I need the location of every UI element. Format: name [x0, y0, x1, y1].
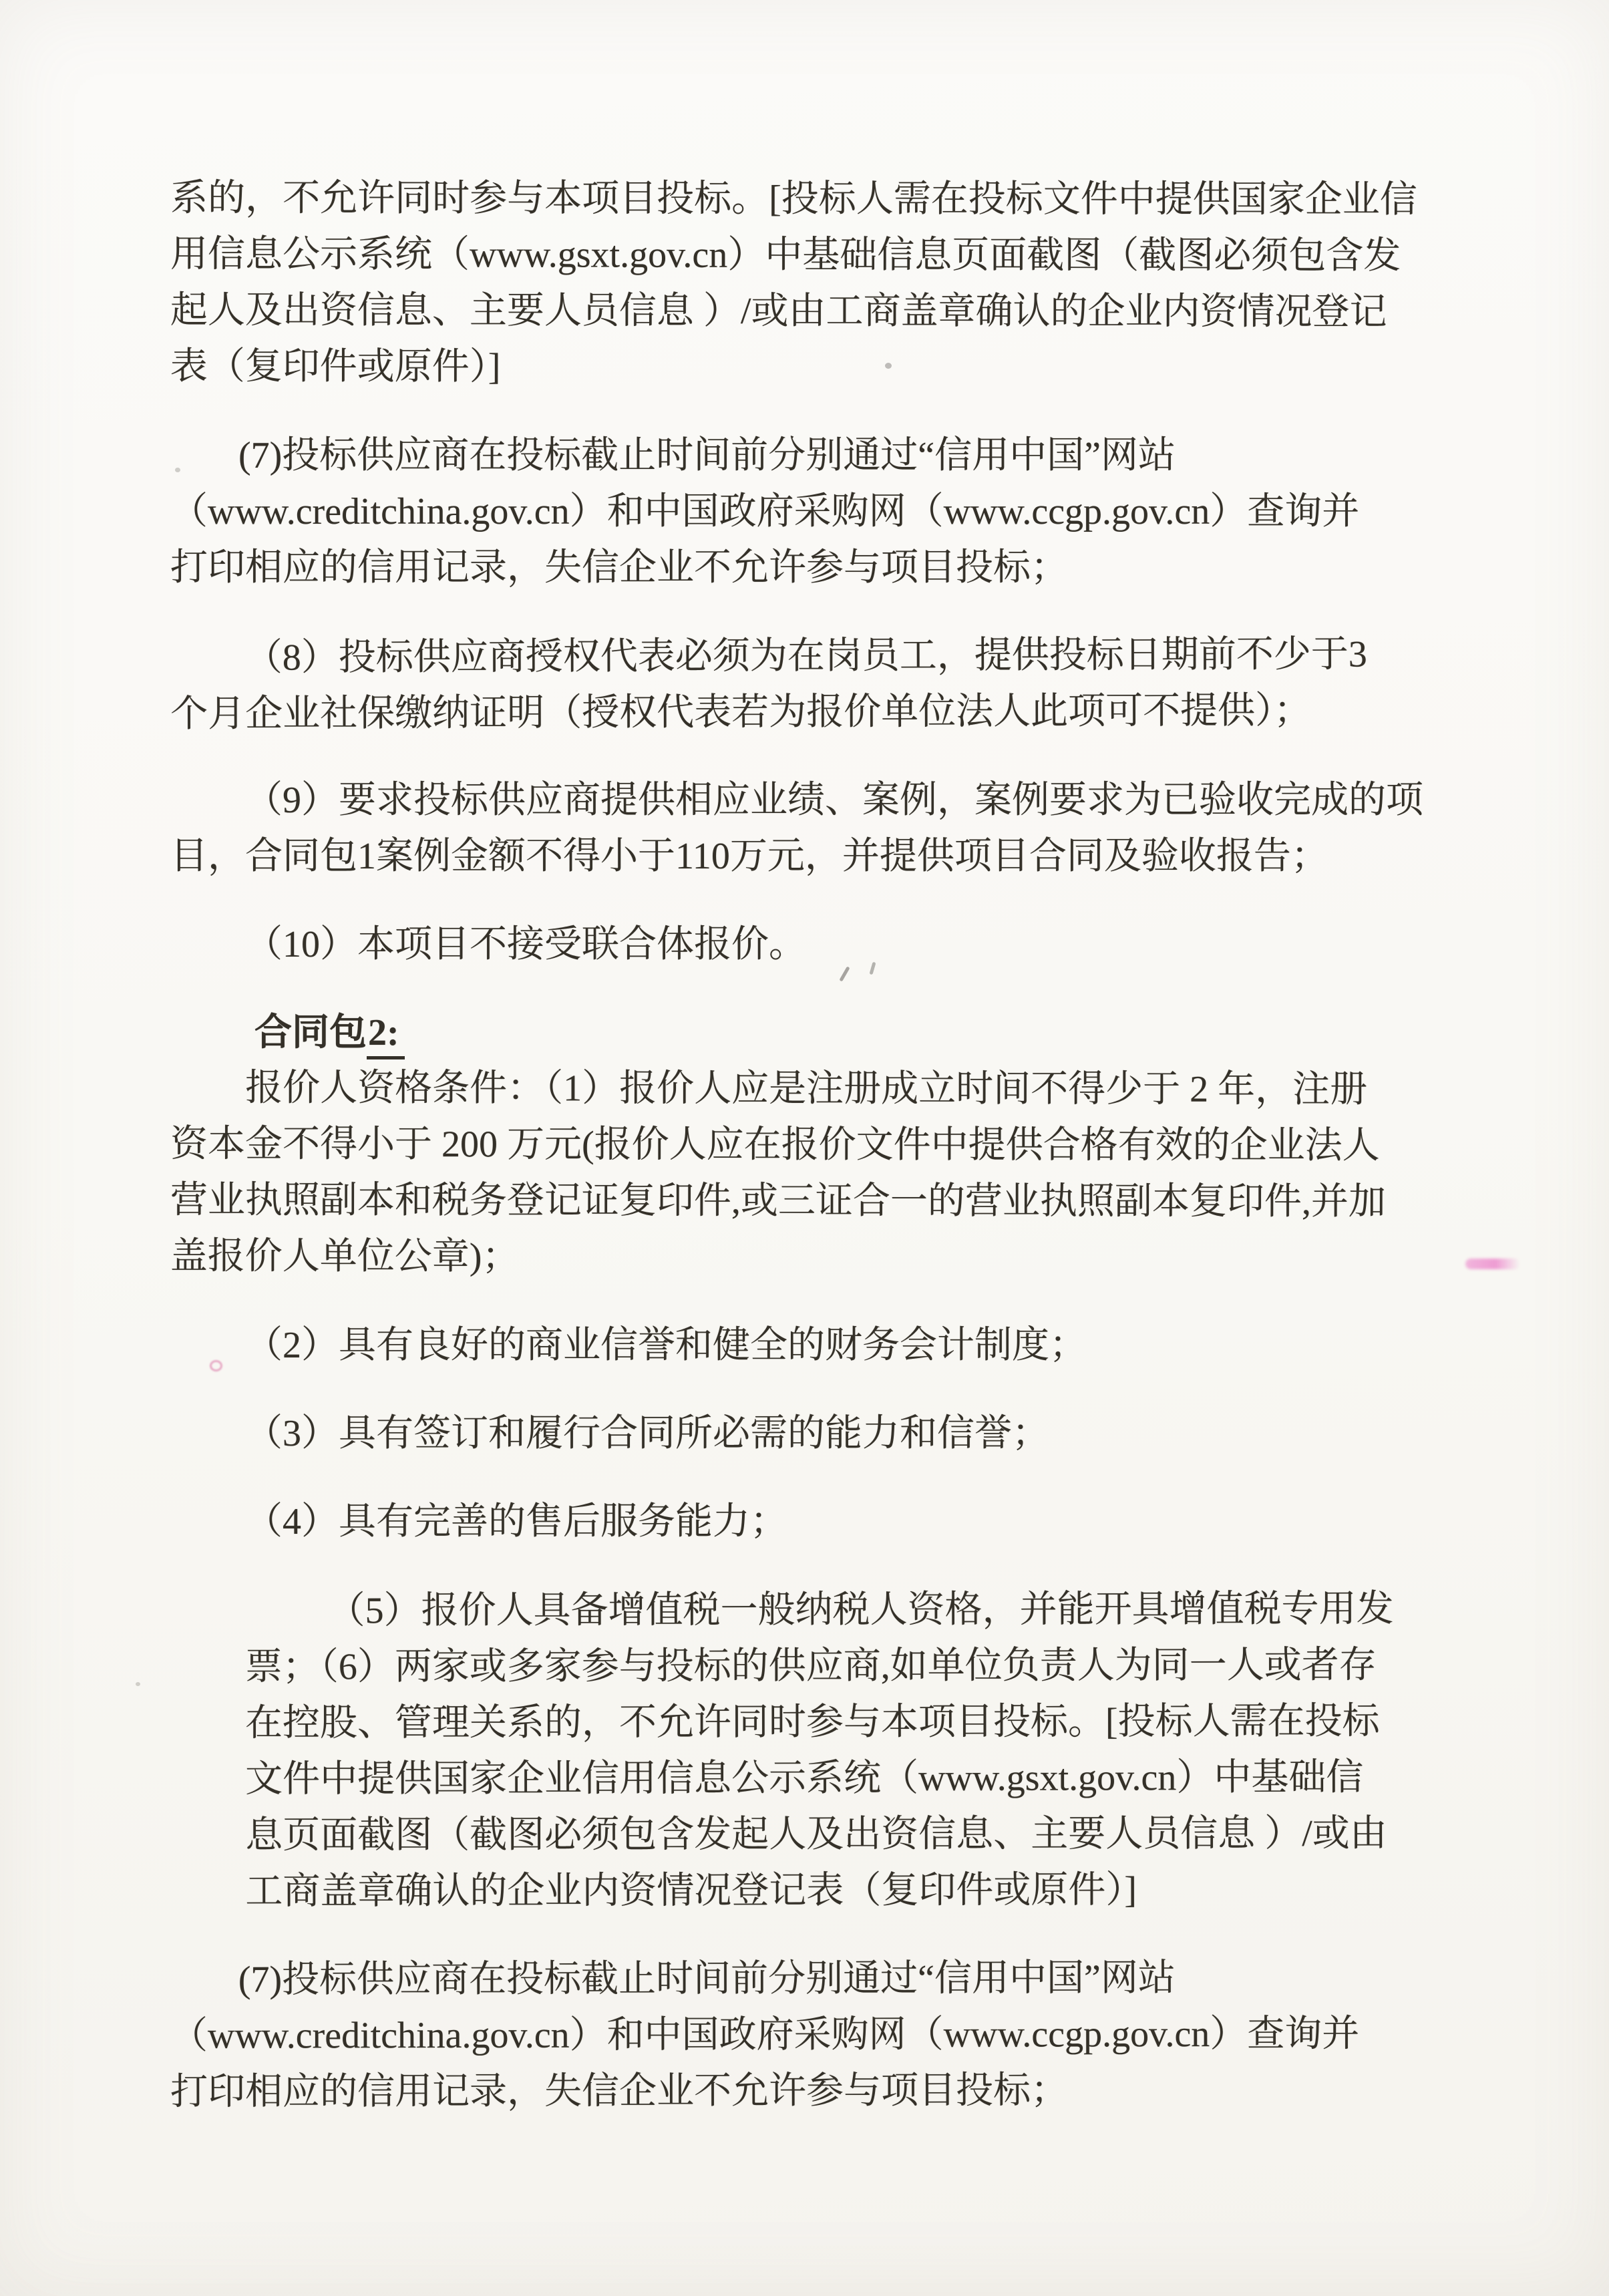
paragraph-qualification-intro-pkg2: 报价人资格条件：（1）报价人应是注册成立时间不得少于 2 年，注册 资本金不得小… [170, 1060, 1506, 1287]
paragraph-item-7-pkg1: (7)投标供应商在投标截止时间前分别通过“信用中国”网站 （www.credit… [170, 428, 1506, 596]
text-line: 起人及出资信息、主要人员信息 ）/或由工商盖章确认的企业内资情况登记 [170, 283, 1506, 341]
text-line: 息页面截图（截图必须包含发起人及出资信息、主要人员信息 ）/或由 [245, 1805, 1506, 1863]
heading-underlined-number: 2: [367, 1011, 405, 1059]
scan-speck [136, 1682, 140, 1686]
paragraph-item-3-pkg2: （3）具有签订和履行合同所必需的能力和信誉； [170, 1406, 1506, 1462]
text-line: 营业执照副本和税务登记证复印件,或三证合一的营业执照副本复印件,并加 [170, 1172, 1506, 1231]
text-line: （8）投标供应商授权代表必须为在岗员工，提供投标日期前不少于3 [170, 626, 1506, 686]
text-line: （9）要求投标供应商提供相应业绩、案例，案例要求为已验收完成的项 [170, 772, 1506, 828]
text-line: 报价人资格条件：（1）报价人应是注册成立时间不得少于 2 年，注册 [170, 1060, 1506, 1118]
ink-dot-pink [210, 1360, 222, 1371]
document-text-block: 系的，不允许同时参与本项目投标。[投标人需在投标文件中提供国家企业信 用信息公示… [170, 171, 1506, 2151]
paragraph-item-7-pkg2: (7)投标供应商在投标截止时间前分别通过“信用中国”网站 （www.credit… [170, 1949, 1506, 2120]
text-line: (7)投标供应商在投标截止时间前分别通过“信用中国”网站 [170, 1949, 1506, 2007]
text-line: 资本金不得小于 200 万元(报价人应在报价文件中提供合格有效的企业法人 [170, 1116, 1506, 1174]
text-line: 盖报价人单位公章)； [170, 1228, 1506, 1287]
paragraph-item-4-pkg2: （4）具有完善的售后服务能力； [170, 1494, 1506, 1550]
paragraph-item-9-pkg1: （9）要求投标供应商提供相应业绩、案例，案例要求为已验收完成的项 目，合同包1案… [170, 772, 1506, 884]
scan-speck [885, 363, 892, 369]
text-line: （www.creditchina.gov.cn）和中国政府采购网（www.ccg… [170, 484, 1506, 540]
heading-text: 合同包 [254, 1012, 367, 1053]
paragraph-item-10-pkg1: （10）本项目不接受联合体报价。 [170, 917, 1506, 973]
ink-smudge-pink [1465, 1259, 1520, 1269]
text-line: （5）报价人具备增值税一般纳税人资格，并能开具增值税专用发 [245, 1581, 1506, 1639]
text-line: 票；（6）两家或多家参与投标的供应商,如单位负责人为同一人或者存 [245, 1637, 1506, 1695]
paragraph-item-8-pkg1: （8）投标供应商授权代表必须为在岗员工，提供投标日期前不少于3 个月企业社保缴纳… [170, 626, 1507, 742]
scan-speck [175, 468, 180, 472]
text-line: （2）具有良好的商业信誉和健全的财务会计制度； [170, 1317, 1506, 1373]
paragraph-continued-clause-pkg1: 系的，不允许同时参与本项目投标。[投标人需在投标文件中提供国家企业信 用信息公示… [170, 170, 1506, 397]
text-line: 在控股、管理关系的，不允许同时参与本项目投标。[投标人需在投标 [245, 1693, 1506, 1751]
paragraph-item-2-pkg2: （2）具有良好的商业信誉和健全的财务会计制度； [170, 1317, 1506, 1373]
scanned-document-page: 系的，不允许同时参与本项目投标。[投标人需在投标文件中提供国家企业信 用信息公示… [0, 0, 1609, 2296]
text-line: 文件中提供国家企业信用信息公示系统（www.gsxt.gov.cn）中基础信 [245, 1749, 1506, 1807]
text-line: 打印相应的信用记录，失信企业不允许参与项目投标； [170, 540, 1506, 596]
text-line: （10）本项目不接受联合体报价。 [170, 917, 1506, 973]
text-line: 工商盖章确认的企业内资情况登记表（复印件或原件）] [245, 1861, 1506, 1919]
text-line: 打印相应的信用记录，失信企业不允许参与项目投标； [170, 2062, 1506, 2120]
text-line: （4）具有完善的售后服务能力； [170, 1494, 1506, 1550]
text-line: 个月企业社保缴纳证明（授权代表若为报价单位法人此项可不提供）； [170, 682, 1506, 742]
text-line: 用信息公示系统（www.gsxt.gov.cn）中基础信息页面截图（截图必须包含… [170, 226, 1506, 285]
text-line: 目，合同包1案例金额不得小于110万元，并提供项目合同及验收报告； [170, 828, 1506, 884]
text-line: （3）具有签订和履行合同所必需的能力和信誉； [170, 1406, 1506, 1462]
text-line: 表（复印件或原件）] [170, 339, 1506, 397]
text-line: （www.creditchina.gov.cn）和中国政府采购网（www.ccg… [170, 2005, 1506, 2064]
text-line: (7)投标供应商在投标截止时间前分别通过“信用中国”网站 [170, 428, 1506, 484]
paragraph-items-5-6-pkg2: （5）报价人具备增值税一般纳税人资格，并能开具增值税专用发 票；（6）两家或多家… [245, 1581, 1507, 1919]
text-line: 系的，不允许同时参与本项目投标。[投标人需在投标文件中提供国家企业信 [170, 170, 1506, 228]
section-heading-contract-package-2: 合同包2: [170, 1005, 1506, 1061]
